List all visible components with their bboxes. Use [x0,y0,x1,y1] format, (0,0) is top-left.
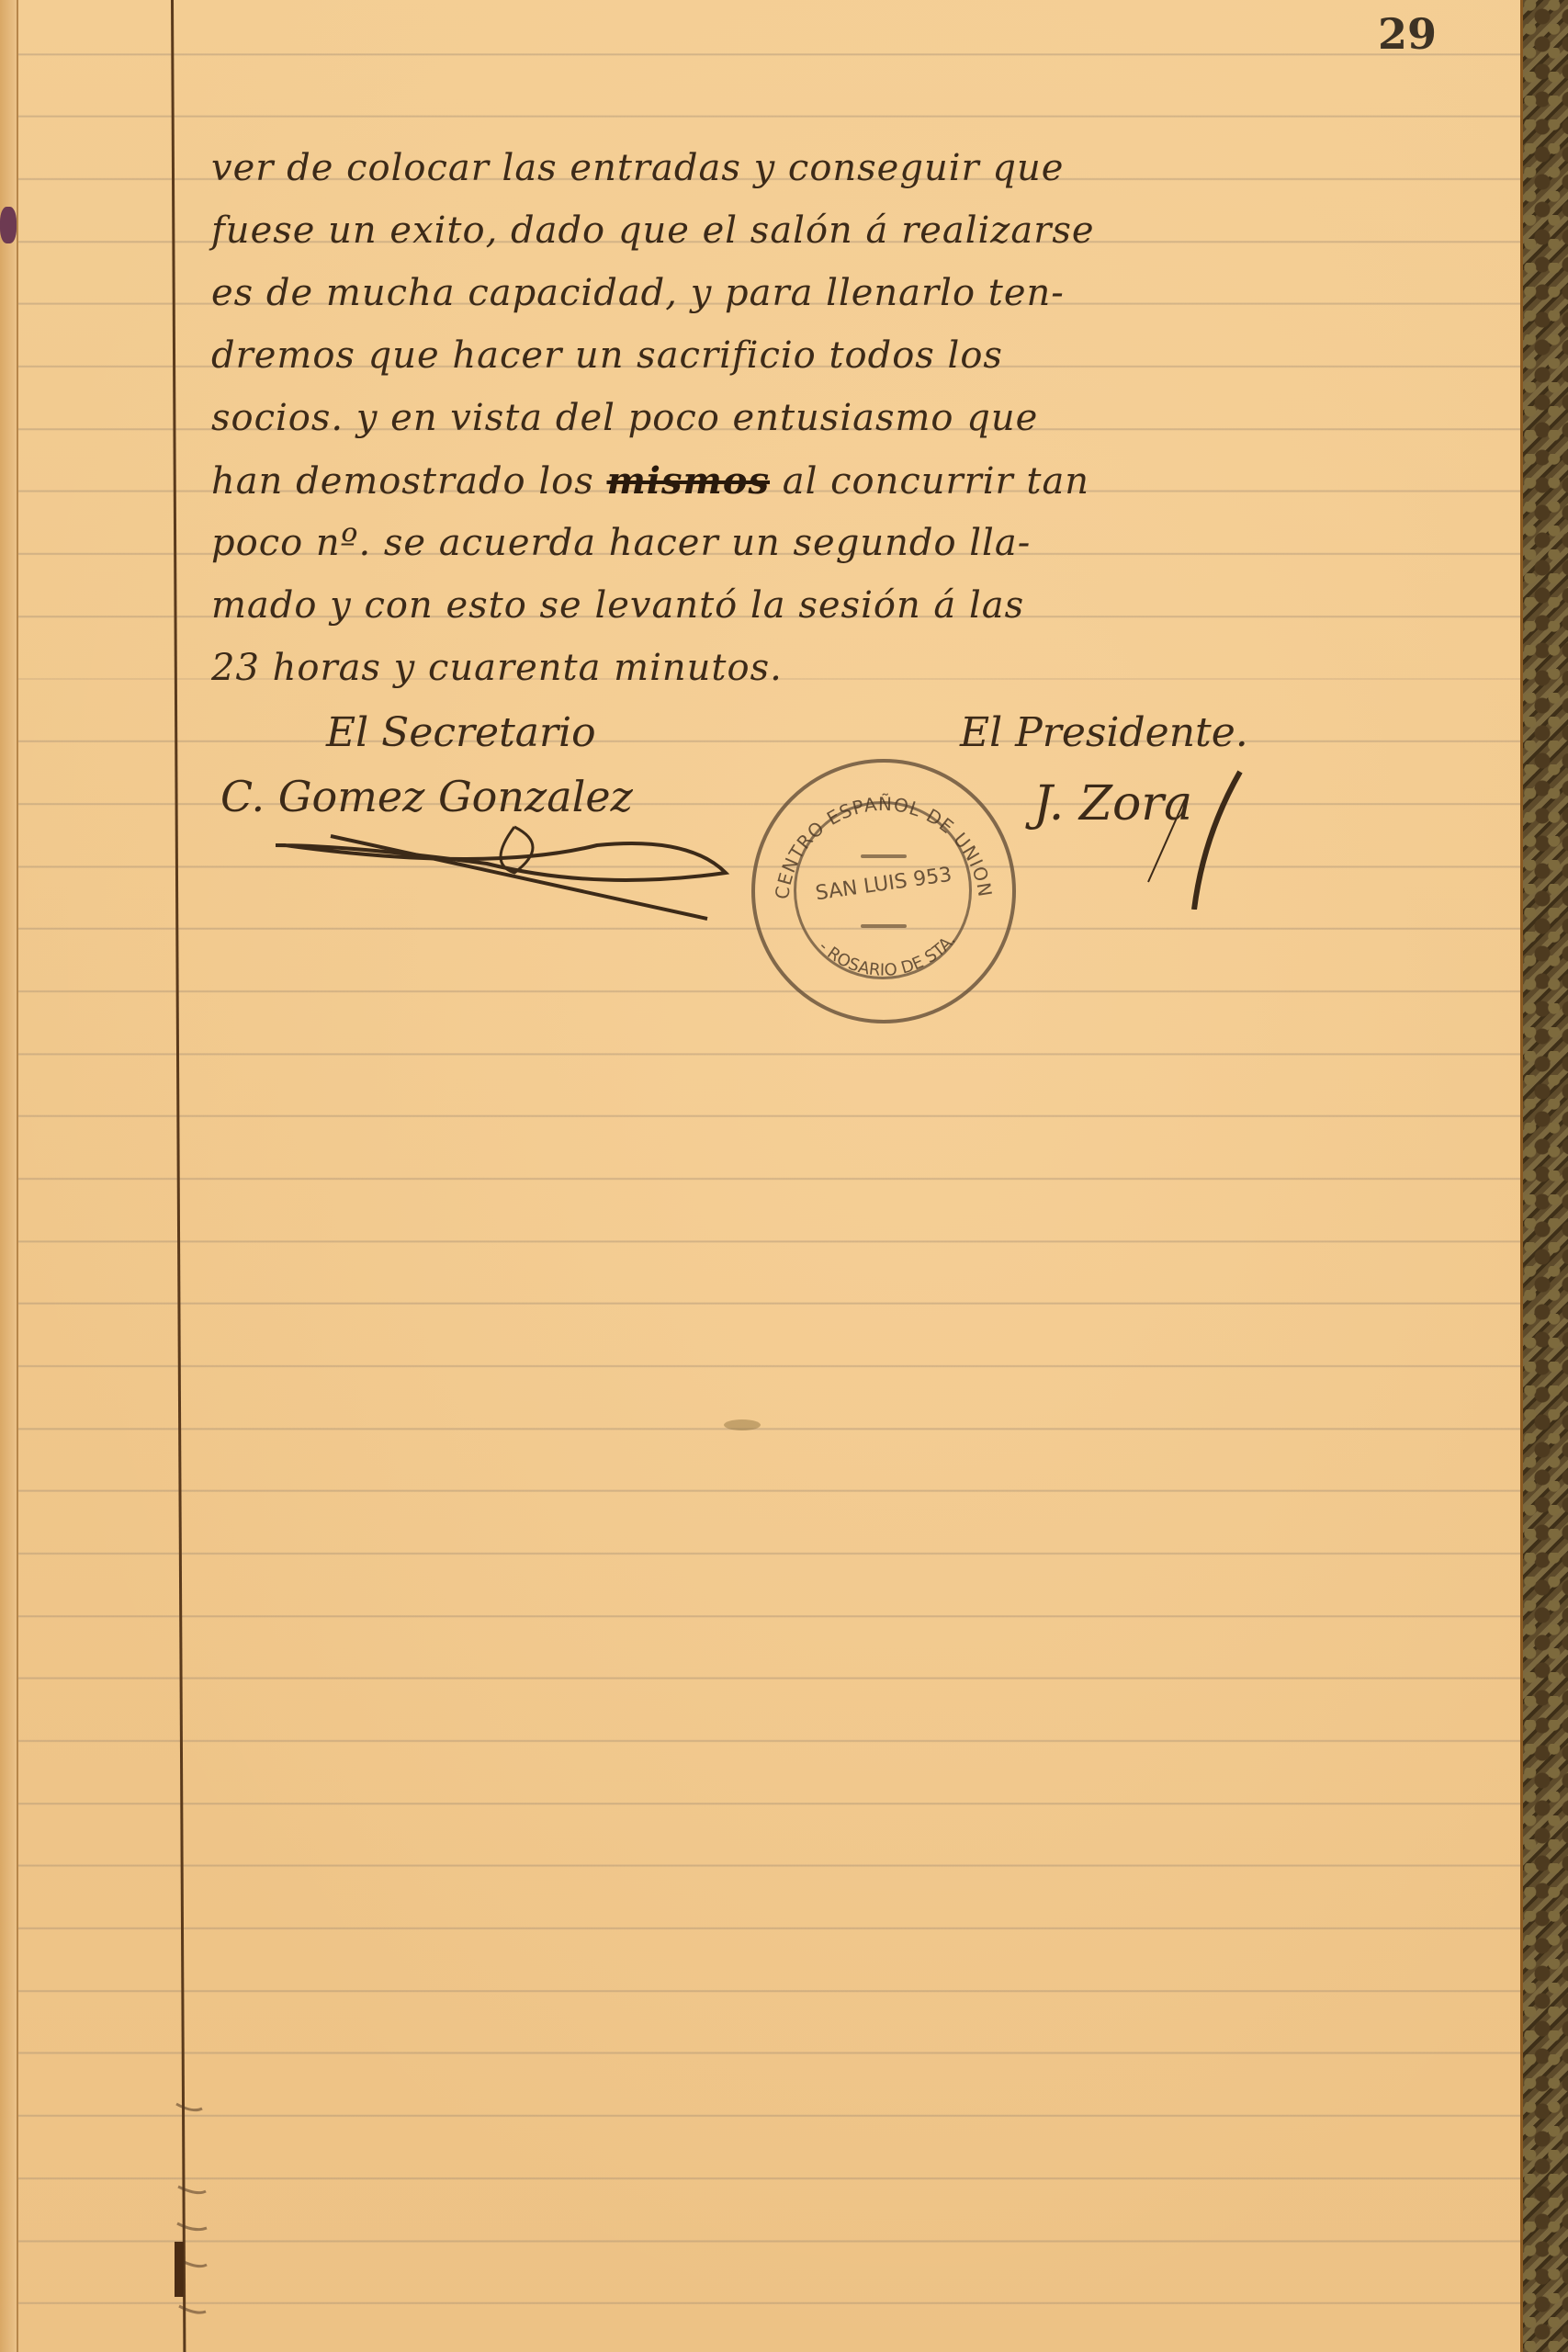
stamp-ornament-bottom [861,924,907,928]
text-line-9: 23 horas y cuarenta minutos. [211,647,783,689]
left-page-edge [0,0,18,2352]
ink-blot [0,207,17,243]
official-stamp: CENTRO ESPAÑOL DE UNION REPUBLICANA - RO… [751,759,1016,1023]
president-flourish-icon [1130,763,1277,910]
text-line-4: dremos que hacer un sacrificio todos los [211,334,1003,377]
secretary-label: El Secretario [326,709,596,756]
signature-flourish-icon [211,808,762,937]
struck-word: mismos [606,459,770,503]
text-line-5: socios. y en vista del poco entusiasmo q… [211,397,1038,439]
ink-smear-icon [175,2095,216,2352]
text-line-3: es de mucha capacidad, y para llenarlo t… [211,272,1065,314]
ledger-page: 29 ver de colocar las entradas y consegu… [0,0,1520,2352]
president-label: El Presidente. [960,709,1248,756]
text-line-6: han demostrado los mismos al concurrir t… [211,459,1089,503]
book-binding [1520,0,1568,2352]
text-line-6-end: al concurrir tan [783,460,1089,503]
text-line-2: fuese un exito, dado que el salón á real… [211,209,1095,252]
stain-spot [724,1419,761,1430]
text-line-7: poco nº. se acuerda hacer un segundo lla… [211,522,1031,564]
text-line-8: mado y con esto se levantó la sesión á l… [211,584,1024,627]
page-number: 29 [1378,9,1437,59]
text-line-1: ver de colocar las entradas y conseguir … [211,147,1064,189]
stamp-ornament-top [861,854,907,858]
text-line-6-start: han demostrado los [211,460,594,503]
